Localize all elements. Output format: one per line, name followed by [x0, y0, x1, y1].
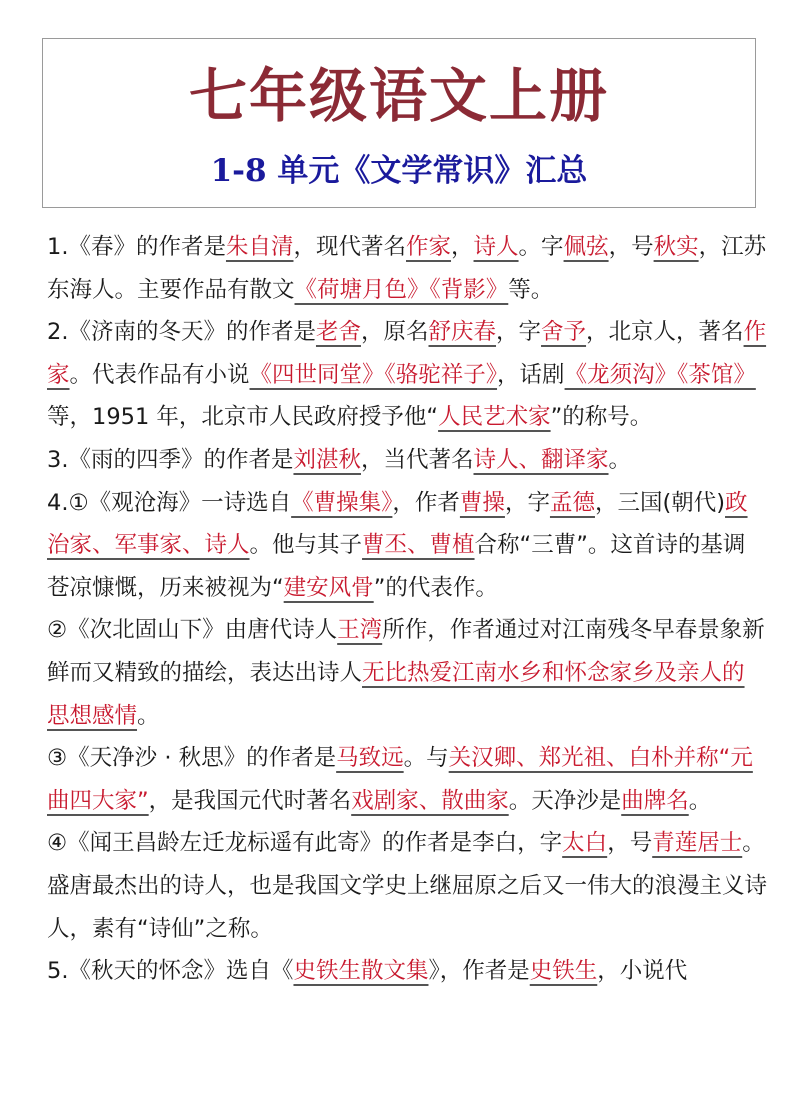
text-segment: ，当代著名 — [361, 447, 474, 473]
paragraph-item: ③《天净沙 · 秋思》的作者是马致远。与关汉卿、郑光祖、白朴并称“元曲四大家”，… — [47, 737, 767, 822]
highlighted-term: 舍予 — [541, 319, 586, 345]
highlighted-term: 曹丕、曹植 — [362, 532, 475, 558]
highlighted-term: 曹操 — [460, 490, 505, 516]
text-segment: ”的代表作。 — [374, 575, 498, 601]
text-segment: ，是我国元代时著名 — [149, 788, 352, 814]
text-segment: ，现代著名 — [293, 234, 406, 260]
highlighted-term: 史铁生散文集 — [293, 958, 428, 984]
text-segment: 。代表作品有小说 — [70, 362, 250, 388]
page-title: 七年级语文上册 — [43, 61, 755, 131]
paragraph-item: 5.《秋天的怀念》选自《史铁生散文集》，作者是史铁生，小说代 — [47, 950, 767, 993]
header-box: 七年级语文上册 1-8 单元《文学常识》汇总 — [42, 38, 756, 208]
highlighted-term: 《龙须沟》《茶馆》 — [565, 362, 756, 388]
paragraph-item: 1.《春》的作者是朱自清，现代著名作家，诗人。字佩弦，号秋实，江苏东海人。主要作… — [47, 226, 767, 311]
text-segment: 5.《秋天的怀念》选自《 — [47, 958, 293, 984]
text-segment: 1.《春》的作者是 — [47, 234, 226, 260]
highlighted-term: 青莲居士 — [652, 830, 742, 856]
text-segment: ②《次北固山下》由唐代诗人 — [47, 617, 337, 643]
text-segment: ”的称号。 — [551, 404, 653, 430]
text-segment: 。天净沙是 — [509, 788, 622, 814]
paragraph-item: 4.①《观沧海》一诗选自《曹操集》，作者曹操，字孟德，三国(朝代)政治家、军事家… — [47, 482, 767, 610]
text-segment: ，号 — [607, 830, 652, 856]
paragraph-item: 3.《雨的四季》的作者是刘湛秋，当代著名诗人、翻译家。 — [47, 439, 767, 482]
highlighted-term: 《四世同堂》《骆驼祥子》 — [250, 362, 498, 388]
text-segment: 。 — [689, 788, 712, 814]
page-subtitle: 1-8 单元《文学常识》汇总 — [43, 151, 755, 191]
highlighted-term: 史铁生 — [530, 958, 598, 984]
highlighted-term: 人民艺术家 — [438, 404, 551, 430]
text-segment: ④《闻王昌龄左迁龙标遥有此寄》的作者是李白，字 — [47, 830, 562, 856]
text-segment: ，原名 — [361, 319, 429, 345]
highlighted-term: 佩弦 — [564, 234, 609, 260]
highlighted-term: 老舍 — [316, 319, 361, 345]
highlighted-term: 《荷塘月色》《背影》 — [295, 277, 509, 303]
highlighted-term: 《曹操集》 — [291, 490, 392, 516]
text-segment: ，作者 — [392, 490, 460, 516]
text-segment: ， — [451, 234, 474, 260]
text-segment: 等。 — [508, 277, 553, 303]
text-segment: 。 — [137, 703, 160, 729]
highlighted-term: 孟德 — [550, 490, 595, 516]
text-segment: 。字 — [519, 234, 564, 260]
text-segment: 。与 — [404, 745, 449, 771]
highlighted-term: 朱自清 — [226, 234, 294, 260]
paragraph-item: ④《闻王昌龄左迁龙标遥有此寄》的作者是李白，字太白，号青莲居士。盛唐最杰出的诗人… — [47, 822, 767, 950]
highlighted-term: 诗人 — [474, 234, 519, 260]
highlighted-term: 太白 — [562, 830, 607, 856]
text-segment: ，字 — [496, 319, 541, 345]
highlighted-term: 秋实 — [654, 234, 699, 260]
highlighted-term: 舒庆春 — [429, 319, 497, 345]
text-segment: ，小说代 — [597, 958, 687, 984]
text-segment: ，字 — [505, 490, 550, 516]
highlighted-term: 作家 — [406, 234, 451, 260]
highlighted-term: 戏剧家、散曲家 — [351, 788, 509, 814]
highlighted-term: 刘湛秋 — [293, 447, 361, 473]
text-segment: 。 — [609, 447, 632, 473]
text-segment: 3.《雨的四季》的作者是 — [47, 447, 293, 473]
text-segment: ，北京人，著名 — [586, 319, 744, 345]
text-segment: ③《天净沙 · 秋思》的作者是 — [47, 745, 336, 771]
highlighted-term: 建安风骨 — [284, 575, 374, 601]
text-segment: 》，作者是 — [428, 958, 529, 984]
paragraph-item: 2.《济南的冬天》的作者是老舍，原名舒庆春，字舍予，北京人，著名作家。代表作品有… — [47, 311, 767, 439]
text-segment: 4.①《观沧海》一诗选自 — [47, 490, 291, 516]
text-segment: ，号 — [609, 234, 654, 260]
highlighted-term: 诗人、翻译家 — [474, 447, 609, 473]
text-segment: ，三国(朝代) — [595, 490, 725, 516]
text-segment: 等，1951 年，北京市人民政府授予他“ — [47, 404, 438, 430]
highlighted-term: 马致远 — [336, 745, 404, 771]
paragraph-item: ②《次北固山下》由唐代诗人王湾所作，作者通过对江南残冬早春景象新鲜而又精致的描绘… — [47, 609, 767, 737]
text-segment: ，话剧 — [497, 362, 565, 388]
text-segment: 2.《济南的冬天》的作者是 — [47, 319, 316, 345]
content-body: 1.《春》的作者是朱自清，现代著名作家，诗人。字佩弦，号秋实，江苏东海人。主要作… — [47, 226, 767, 993]
text-segment: 。他与其子 — [250, 532, 363, 558]
highlighted-term: 王湾 — [337, 617, 382, 643]
highlighted-term: 曲牌名 — [621, 788, 689, 814]
